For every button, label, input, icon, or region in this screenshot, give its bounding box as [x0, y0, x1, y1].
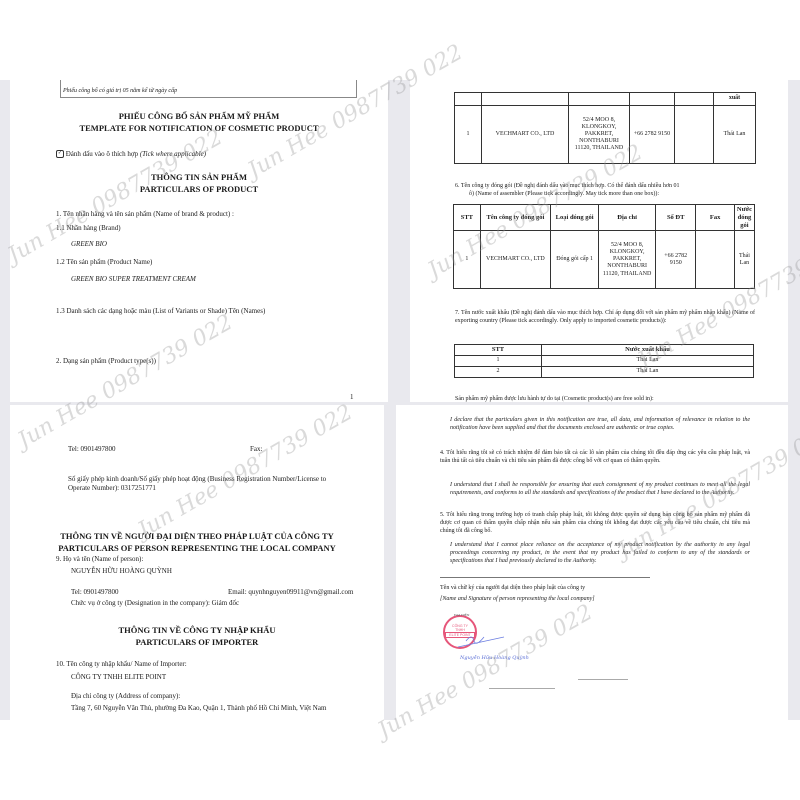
- header-cell: Fax: [696, 205, 734, 231]
- cell: Thái Lan: [734, 231, 754, 289]
- cell: +66 2782 9150: [630, 106, 675, 164]
- signature-scribble-icon: [456, 631, 506, 651]
- header-cell: Loại đóng gói: [551, 205, 599, 231]
- export-country-table: STT Nước xuất khẩu 1 Thái Lan 2 Thái Lan: [454, 344, 754, 378]
- section-title-en: PARTICULARS OF PRODUCT: [10, 185, 388, 195]
- designation: Chức vụ ở công ty (Designation in the co…: [71, 599, 239, 607]
- signature-label-en: [Name and Signature of person representi…: [440, 596, 595, 603]
- cell: Thái Lan: [542, 356, 754, 367]
- doc-title-en: TEMPLATE FOR NOTIFICATION OF COSMETIC PR…: [10, 124, 388, 134]
- company-tel: Tel: 0901497800: [68, 445, 116, 453]
- importer-name: CÔNG TY TNHH ELITE POINT: [71, 673, 166, 681]
- divider: [578, 679, 628, 680]
- section-title-vi: THÔNG TIN SẢN PHẨM: [10, 173, 388, 183]
- stamp-top-text: ĐẠI DIỆN: [454, 613, 469, 617]
- cell: 52/4 MOO 8, KLONGKOY, PAKKRET, NONTHABUR…: [599, 231, 656, 289]
- header-cell: STT: [454, 205, 481, 231]
- document-page-3: xuất 1 VECHMART CO., LTD 52/4 MOO 8, KLO…: [410, 80, 788, 402]
- item-6-line1: 6. Tên công ty đóng gói (Đề nghị đánh dấ…: [455, 183, 680, 190]
- document-page-2: Tel: 0901497800 Fax: Số giấy phép kinh d…: [10, 405, 384, 720]
- signature-label-vi: Tên và chữ ký của người đại diện theo ph…: [440, 585, 585, 592]
- divider: [489, 688, 555, 689]
- product-name-value: GREEN BIO SUPER TREATMENT CREAM: [71, 275, 196, 283]
- item-1-2: 1.2 Tên sản phẩm (Product Name): [56, 258, 152, 266]
- business-reg-line1: Số giấy phép kinh doanh/Số giấy phép hoạ…: [68, 475, 326, 483]
- declaration-en: I declare that the particulars given in …: [450, 416, 750, 432]
- tick-note-vi: Đánh dấu vào ô thích hợp: [66, 150, 138, 158]
- cell: 1: [455, 106, 482, 164]
- person-name: NGUYỄN HỮU HOÀNG QUỲNH: [71, 567, 172, 575]
- importer-heading-en: PARTICULARS OF IMPORTER: [10, 638, 384, 648]
- cell: VECHMART CO., LTD: [480, 231, 550, 289]
- cell: Thái Lan: [714, 106, 756, 164]
- manufacturer-table: xuất 1 VECHMART CO., LTD 52/4 MOO 8, KLO…: [454, 92, 756, 164]
- item-4-vi: 4. Tôi hiểu rằng tôi sẽ có trách nhiệm đ…: [440, 449, 750, 465]
- tick-note: ✓ Đánh dấu vào ô thích hợp (Tick where a…: [56, 150, 206, 158]
- item-5-en: I understand that I cannot place relianc…: [450, 541, 750, 565]
- header-cell: STT: [455, 345, 542, 356]
- address-value: Tầng 7, 60 Nguyễn Văn Thủ, phường Đa Kao…: [71, 704, 326, 712]
- item-10: 10. Tên công ty nhập khẩu/ Name of Impor…: [56, 660, 187, 668]
- cell: Thái Lan: [542, 367, 754, 378]
- cell: 1: [455, 356, 542, 367]
- person-tel: Tel: 0901497800: [71, 588, 119, 596]
- company-fax: Fax:: [250, 445, 262, 453]
- document-page-4: I declare that the particulars given in …: [396, 405, 788, 720]
- brand-value: GREEN BIO: [71, 240, 107, 248]
- business-reg-line2: Operate Number): 0317251771: [68, 484, 156, 492]
- cell: 52/4 MOO 8, KLONGKOY, PAKKRET, NONTHABUR…: [569, 106, 630, 164]
- cell: 2: [455, 367, 542, 378]
- tick-note-en: (Tick where applicable): [140, 150, 206, 158]
- signature-name: Nguyễn Hữu Hoàng Quỳnh: [460, 655, 529, 661]
- item-4-en: I understand that I shall be responsible…: [450, 481, 750, 497]
- header-cell: Tên công ty đóng gói: [480, 205, 550, 231]
- cell: Đóng gói cấp 1: [551, 231, 599, 289]
- page-number: 1: [350, 393, 354, 401]
- item-1-1: 1.1 Nhãn hàng (Brand): [56, 224, 121, 232]
- item-6-line2: ô) (Name of assembler (Please tick accor…: [469, 191, 659, 198]
- header-cell: Địa chỉ: [599, 205, 656, 231]
- rep-heading-vi: THÔNG TIN VỀ NGƯỜI ĐẠI DIỆN THEO PHÁP LU…: [10, 532, 384, 542]
- header-cell: Nước xuất khẩu: [542, 345, 754, 356]
- doc-title-vi: PHIẾU CÔNG BỐ SẢN PHẨM MỸ PHẨM: [10, 112, 388, 122]
- item-7: 7. Tên nước xuất khẩu (Đề nghị đánh dấu …: [455, 309, 755, 325]
- free-sold-label: Sản phẩm mỹ phẩm được lưu hành tự do tại…: [455, 396, 654, 402]
- cell: [696, 231, 734, 289]
- item-9: 9. Họ và tên (Name of person):: [56, 555, 143, 563]
- header-cell: Nước đóng gói: [734, 205, 754, 231]
- signature-divider: [440, 577, 650, 578]
- address-label: Địa chỉ công ty (Address of company):: [71, 692, 180, 700]
- rep-heading-en: PARTICULARS OF PERSON REPRESENTING THE L…: [10, 544, 384, 554]
- item-1: 1. Tên nhãn hàng và tên sản phẩm (Name o…: [56, 210, 234, 218]
- header-cell: Số ĐT: [655, 205, 695, 231]
- header-country-partial: xuất: [714, 93, 756, 106]
- cell: +66 2782 9150: [655, 231, 695, 289]
- assembler-table: STT Tên công ty đóng gói Loại đóng gói Đ…: [453, 204, 755, 289]
- validity-note: Phiếu công bố có giá trị 05 năm kể từ ng…: [63, 88, 177, 95]
- item-1-3: 1.3 Danh sách các dạng hoặc màu (List of…: [56, 307, 265, 315]
- person-email: Email: quynhnguyen09911@vn@gmail.com: [228, 588, 353, 596]
- importer-heading-vi: THÔNG TIN VỀ CÔNG TY NHẬP KHẨU: [10, 626, 384, 636]
- item-2: 2. Dạng sản phẩm (Product type(s)): [56, 357, 156, 365]
- document-page-1: Phiếu công bố có giá trị 05 năm kể từ ng…: [10, 80, 388, 402]
- cell: [675, 106, 714, 164]
- cell: 1: [454, 231, 481, 289]
- checkbox-icon[interactable]: ✓: [56, 150, 64, 158]
- item-5-vi: 5. Tôi hiểu rằng trong trường hợp có tra…: [440, 511, 750, 535]
- cell: VECHMART CO., LTD: [482, 106, 569, 164]
